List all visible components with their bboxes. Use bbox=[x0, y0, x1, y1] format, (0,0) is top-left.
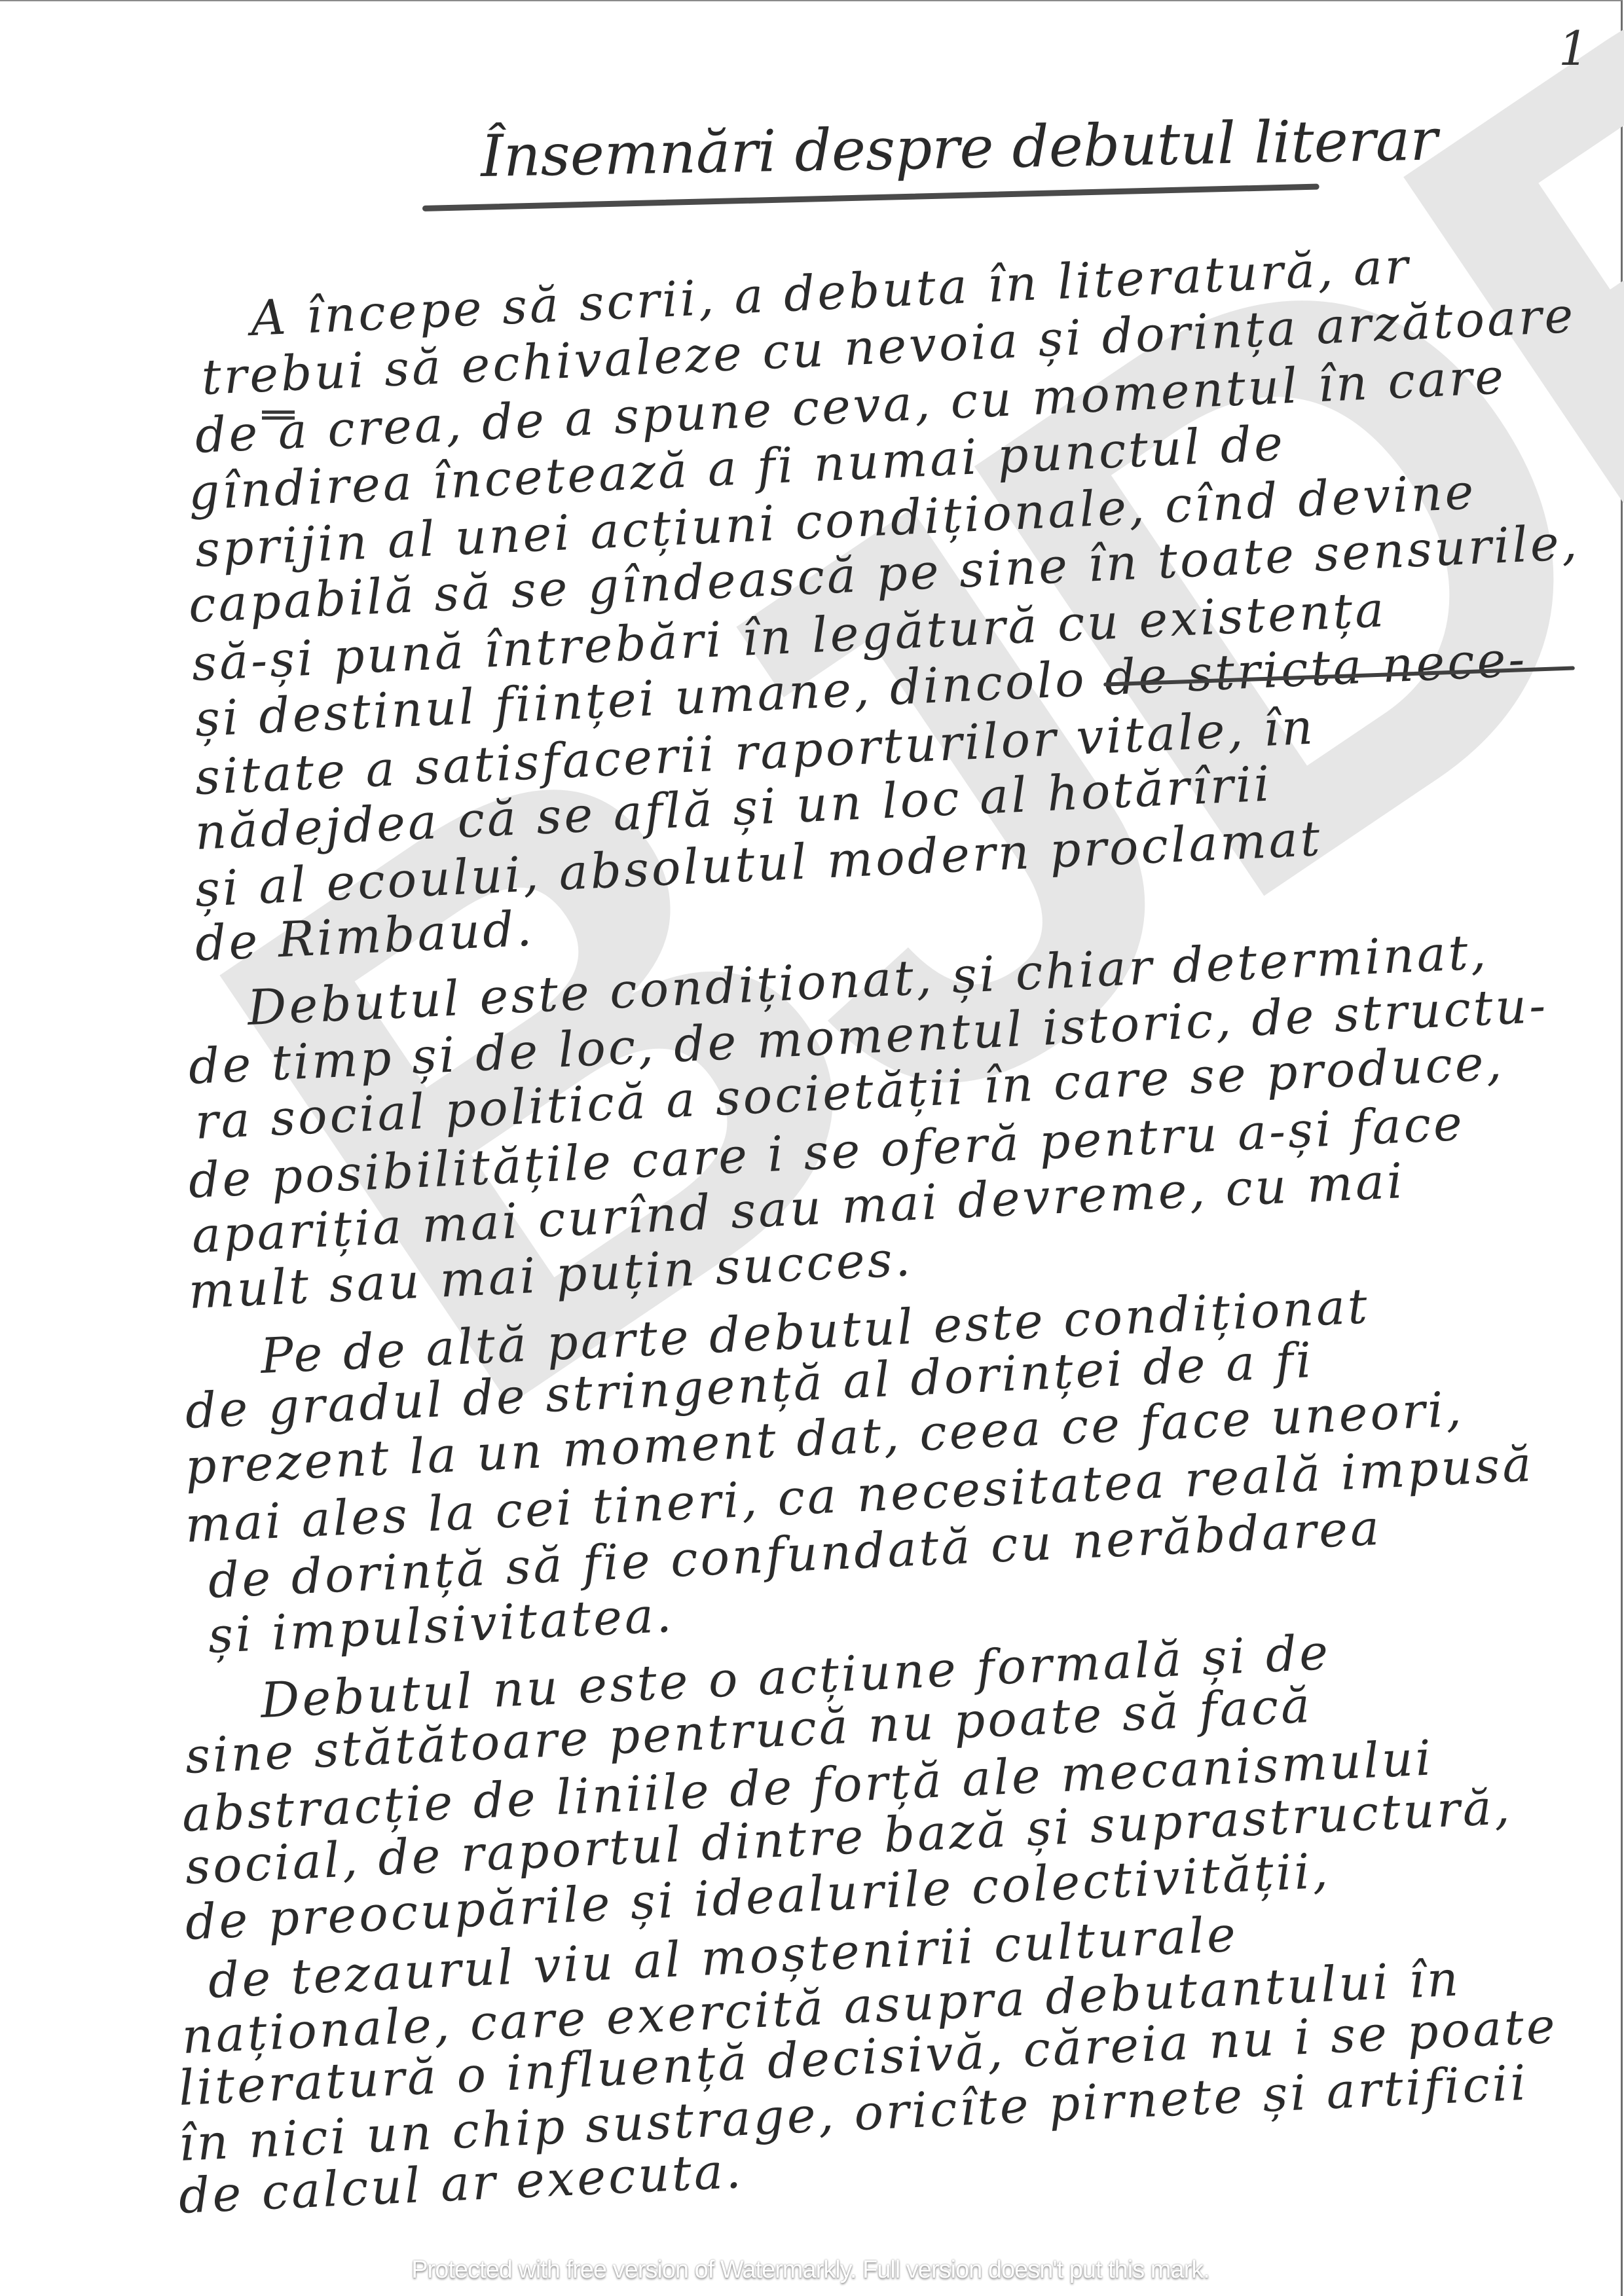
page-number: 1 bbox=[1559, 21, 1589, 76]
footer-watermark: Protected with free version of Watermark… bbox=[0, 2256, 1621, 2284]
manuscript-page: BJDB 1 Însemnări despre debutul literar … bbox=[0, 0, 1623, 2296]
